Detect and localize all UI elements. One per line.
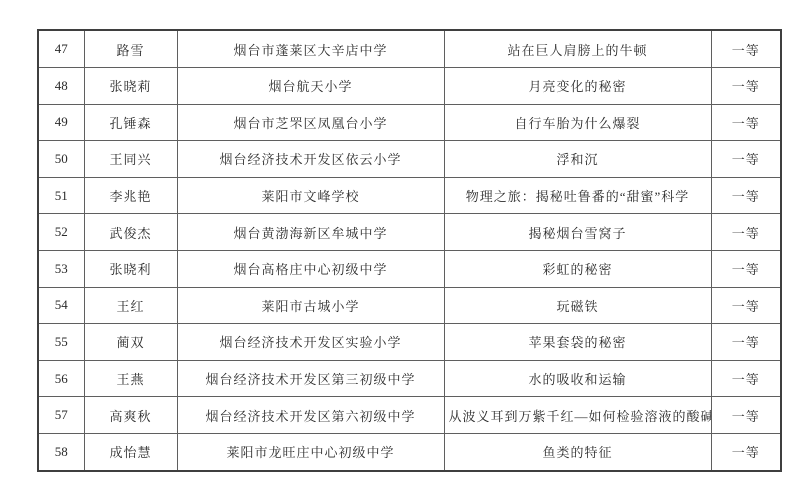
work-title-cell: 从波义耳到万紫千红—如何检验溶液的酸碱性 xyxy=(444,397,711,434)
award-cell: 一等 xyxy=(711,397,781,434)
award-cell: 一等 xyxy=(711,250,781,287)
row-number-cell: 49 xyxy=(38,104,84,141)
school-cell: 烟台经济技术开发区第三初级中学 xyxy=(177,360,444,397)
work-title-cell: 自行车胎为什么爆裂 xyxy=(444,104,711,141)
name-cell: 张晓利 xyxy=(84,250,177,287)
work-title-cell: 月亮变化的秘密 xyxy=(444,68,711,105)
award-cell: 一等 xyxy=(711,104,781,141)
name-cell: 王红 xyxy=(84,287,177,324)
table-row: 53 张晓利 烟台高格庄中心初级中学 彩虹的秘密 一等 xyxy=(38,250,781,287)
award-cell: 一等 xyxy=(711,141,781,178)
work-title-cell: 彩虹的秘密 xyxy=(444,250,711,287)
row-number-cell: 47 xyxy=(38,30,84,68)
school-cell: 烟台航天小学 xyxy=(177,68,444,105)
name-cell: 高爽秋 xyxy=(84,397,177,434)
work-title-cell: 浮和沉 xyxy=(444,141,711,178)
table-row: 47 路雪 烟台市蓬莱区大辛店中学 站在巨人肩膀上的牛顿 一等 xyxy=(38,30,781,68)
award-cell: 一等 xyxy=(711,324,781,361)
table-row: 56 王燕 烟台经济技术开发区第三初级中学 水的吸收和运输 一等 xyxy=(38,360,781,397)
award-cell: 一等 xyxy=(711,177,781,214)
school-cell: 烟台经济技术开发区第六初级中学 xyxy=(177,397,444,434)
award-results-table: 47 路雪 烟台市蓬莱区大辛店中学 站在巨人肩膀上的牛顿 一等 48 张晓莉 烟… xyxy=(37,29,782,472)
work-title-cell: 物理之旅：揭秘吐鲁番的“甜蜜”科学 xyxy=(444,177,711,214)
name-cell: 路雪 xyxy=(84,30,177,68)
row-number-cell: 51 xyxy=(38,177,84,214)
award-cell: 一等 xyxy=(711,360,781,397)
row-number-cell: 57 xyxy=(38,397,84,434)
table-row: 48 张晓莉 烟台航天小学 月亮变化的秘密 一等 xyxy=(38,68,781,105)
name-cell: 张晓莉 xyxy=(84,68,177,105)
school-cell: 莱阳市古城小学 xyxy=(177,287,444,324)
school-cell: 烟台黄渤海新区牟城中学 xyxy=(177,214,444,251)
award-cell: 一等 xyxy=(711,214,781,251)
work-title-cell: 鱼类的特征 xyxy=(444,433,711,471)
school-cell: 烟台高格庄中心初级中学 xyxy=(177,250,444,287)
row-number-cell: 50 xyxy=(38,141,84,178)
name-cell: 李兆艳 xyxy=(84,177,177,214)
table-row: 51 李兆艳 莱阳市文峰学校 物理之旅：揭秘吐鲁番的“甜蜜”科学 一等 xyxy=(38,177,781,214)
table-row: 54 王红 莱阳市古城小学 玩磁铁 一等 xyxy=(38,287,781,324)
name-cell: 蔺双 xyxy=(84,324,177,361)
school-cell: 莱阳市文峰学校 xyxy=(177,177,444,214)
row-number-cell: 53 xyxy=(38,250,84,287)
school-cell: 烟台经济技术开发区依云小学 xyxy=(177,141,444,178)
name-cell: 王燕 xyxy=(84,360,177,397)
school-cell: 烟台市蓬莱区大辛店中学 xyxy=(177,30,444,68)
name-cell: 王同兴 xyxy=(84,141,177,178)
name-cell: 武俊杰 xyxy=(84,214,177,251)
award-cell: 一等 xyxy=(711,68,781,105)
school-cell: 烟台经济技术开发区实验小学 xyxy=(177,324,444,361)
school-cell: 莱阳市龙旺庄中心初级中学 xyxy=(177,433,444,471)
name-cell: 孔锤森 xyxy=(84,104,177,141)
name-cell: 成怡慧 xyxy=(84,433,177,471)
table-row: 49 孔锤森 烟台市芝罘区凤凰台小学 自行车胎为什么爆裂 一等 xyxy=(38,104,781,141)
table-row: 58 成怡慧 莱阳市龙旺庄中心初级中学 鱼类的特征 一等 xyxy=(38,433,781,471)
work-title-cell: 站在巨人肩膀上的牛顿 xyxy=(444,30,711,68)
table-row: 50 王同兴 烟台经济技术开发区依云小学 浮和沉 一等 xyxy=(38,141,781,178)
work-title-cell: 玩磁铁 xyxy=(444,287,711,324)
row-number-cell: 56 xyxy=(38,360,84,397)
table-row: 57 高爽秋 烟台经济技术开发区第六初级中学 从波义耳到万紫千红—如何检验溶液的… xyxy=(38,397,781,434)
row-number-cell: 58 xyxy=(38,433,84,471)
work-title-cell: 苹果套袋的秘密 xyxy=(444,324,711,361)
work-title-cell: 揭秘烟台雪窝子 xyxy=(444,214,711,251)
row-number-cell: 52 xyxy=(38,214,84,251)
table-row: 55 蔺双 烟台经济技术开发区实验小学 苹果套袋的秘密 一等 xyxy=(38,324,781,361)
row-number-cell: 55 xyxy=(38,324,84,361)
work-title-cell: 水的吸收和运输 xyxy=(444,360,711,397)
award-cell: 一等 xyxy=(711,30,781,68)
scanned-award-list-page: { "colors": { "page_background": "#fffff… xyxy=(0,0,806,491)
school-cell: 烟台市芝罘区凤凰台小学 xyxy=(177,104,444,141)
row-number-cell: 48 xyxy=(38,68,84,105)
table-row: 52 武俊杰 烟台黄渤海新区牟城中学 揭秘烟台雪窝子 一等 xyxy=(38,214,781,251)
award-cell: 一等 xyxy=(711,433,781,471)
award-cell: 一等 xyxy=(711,287,781,324)
row-number-cell: 54 xyxy=(38,287,84,324)
